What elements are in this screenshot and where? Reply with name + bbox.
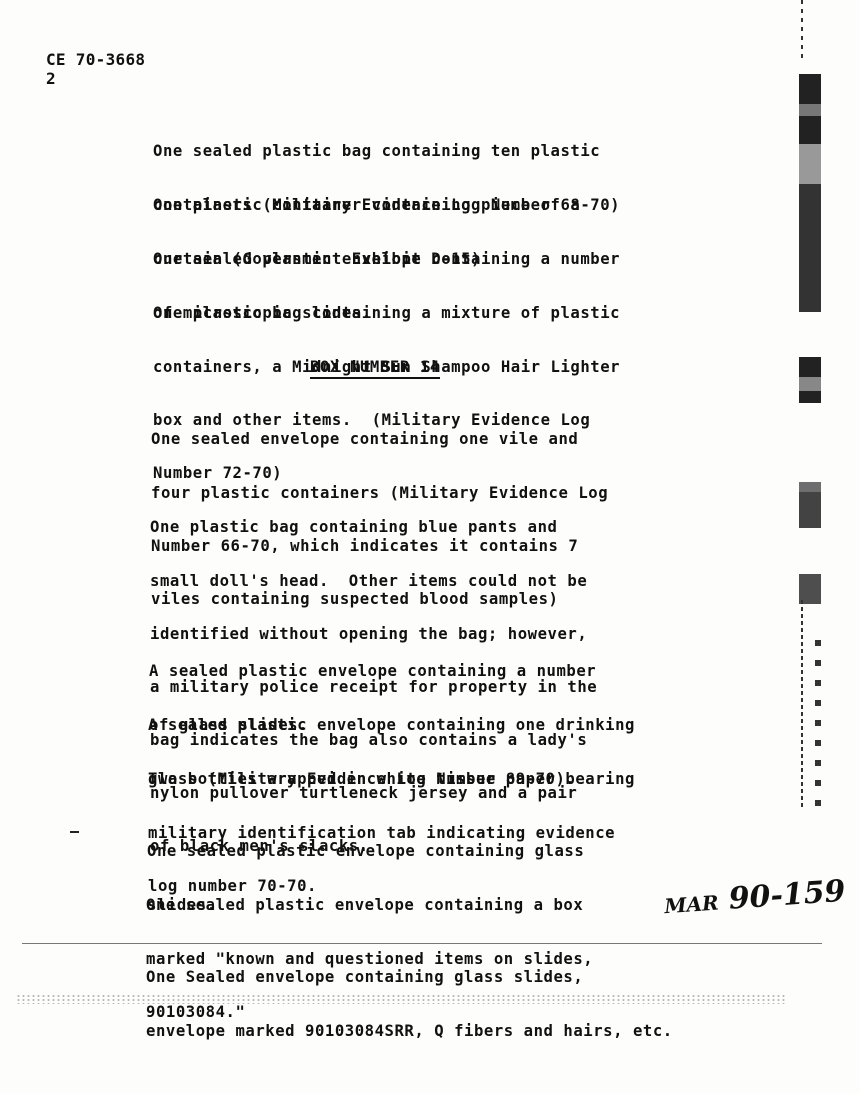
document-header: CE 70-3668 2 [46, 50, 145, 88]
text-line: One plastic bag containing a mixture of … [153, 305, 620, 323]
margin-mark [70, 831, 79, 833]
scan-edge-artifact [799, 357, 821, 403]
text-line: One sealed plastic envelope containing a… [153, 251, 620, 269]
text-line: envelope marked 90103084SRR, Q fibers an… [146, 1023, 673, 1041]
handwritten-number: 90-159 [728, 874, 847, 917]
document-page: CE 70-3668 2 One sealed plastic bag cont… [0, 0, 860, 1094]
text-line: One sealed plastic bag containing ten pl… [153, 143, 620, 161]
scan-edge-artifact [799, 482, 821, 528]
handwritten-prefix: MAR [664, 891, 720, 919]
text-line: A sealed plastic envelope containing a n… [149, 663, 596, 681]
text-line: One plastic bag containing blue pants an… [150, 519, 597, 537]
evidence-item: One Sealed envelope containing glass sli… [146, 934, 673, 1076]
case-number: CE 70-3668 [46, 50, 145, 69]
text-line: One sealed plastic envelope containing g… [147, 843, 584, 861]
scan-edge-artifact [799, 74, 821, 312]
text-line: small doll's head. Other items could not… [150, 573, 597, 591]
text-line: A sealed plastic envelope containing one… [148, 717, 635, 735]
text-line: One Sealed envelope containing glass sli… [146, 969, 673, 987]
text-line: One plastic container containing piece o… [153, 197, 580, 215]
scan-noise [16, 994, 786, 1004]
text-line: Two bottles wrapped in white tissue pape… [148, 771, 635, 789]
text-line: One sealed envelope containing one vile … [151, 431, 608, 449]
scan-edge-artifact [801, 600, 803, 810]
text-line: One sealed plastic envelope containing a… [146, 897, 593, 915]
scan-line-artifact [22, 943, 822, 944]
section-heading: BOX NUMBER 14 [310, 359, 440, 379]
scan-edge-artifact [815, 640, 821, 810]
scan-edge-artifact [801, 0, 803, 60]
handwritten-annotation: MAR 90-159 [663, 874, 847, 922]
page-number: 2 [46, 69, 145, 88]
